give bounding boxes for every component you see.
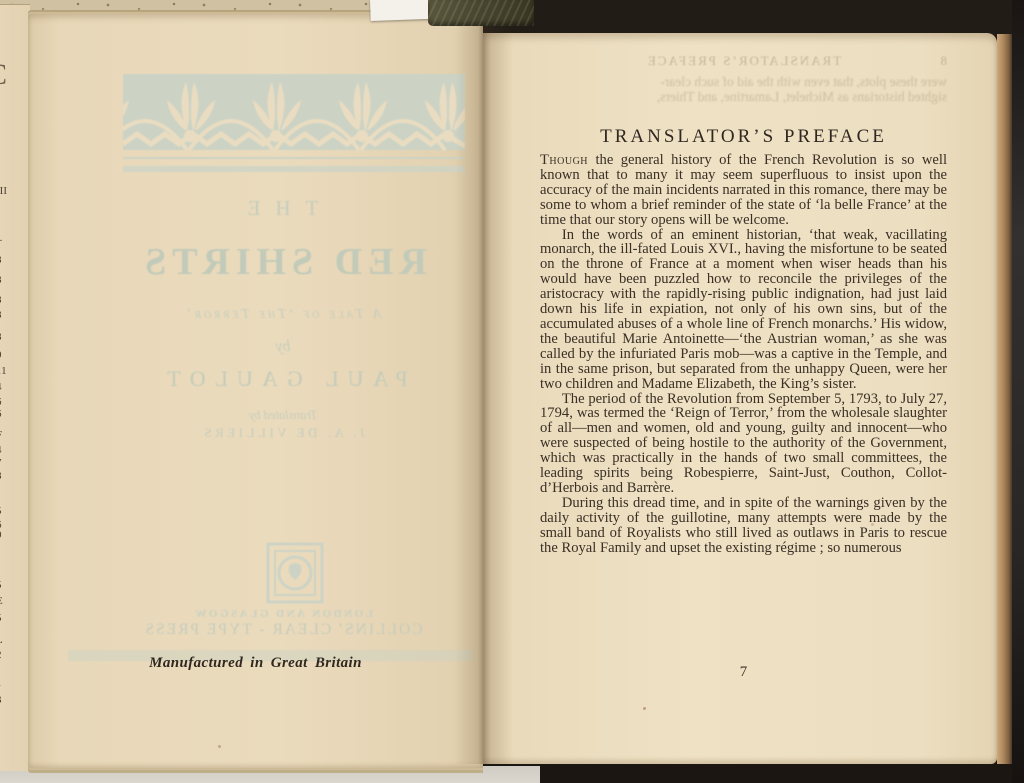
underlying-page-sliver: CIIII.88888011466F478.560.5E5L213 — [0, 4, 30, 771]
edge-fragment: 0 — [0, 530, 12, 541]
edge-fragment: 8 — [0, 255, 12, 266]
edge-fragment: L — [0, 635, 12, 646]
ghost-publisher-emblem — [266, 542, 324, 604]
ghost-translated-by: Translated by — [83, 408, 483, 423]
ghost-running-head: 8 TRANSLATOR’S PREFACE — [540, 53, 947, 69]
ghost-text-line: sighted historians as Michelet, Lamartin… — [540, 89, 947, 104]
edge-fragment: 8 — [0, 332, 12, 343]
edge-fragment: 1 — [0, 678, 12, 689]
paragraph-3: The period of the Revolution from Septem… — [540, 392, 947, 496]
edge-fragment: 0 — [0, 350, 12, 361]
edge-fragment: 2 — [0, 650, 12, 661]
right-page: 8 TRANSLATOR’S PREFACE were these plots,… — [483, 33, 997, 764]
edge-fragment: . — [0, 565, 12, 576]
edge-fragment: 5 — [0, 506, 12, 517]
edge-fragment: 4 — [0, 445, 12, 456]
manufactured-note: Manufactured in Great Britain — [28, 655, 483, 672]
ghost-page-number: 8 — [917, 53, 947, 69]
preface-body: Though the general history of the French… — [540, 153, 947, 555]
paragraph-4: During this dread time, and in spite of … — [540, 496, 947, 556]
paragraph-1-text: the general history of the French Revolu… — [540, 152, 947, 228]
ghost-subtitle: A Tale of ‘The Terror’ — [83, 307, 483, 323]
lead-word: Though — [540, 152, 588, 168]
ghost-title-page: THE RED SHIRTS A Tale of ‘The Terror’ by… — [83, 14, 483, 714]
edge-fragment: 8 — [0, 471, 12, 482]
ghost-text-lines: were these plots, that even with the aid… — [540, 74, 947, 104]
paper-slip-edge — [370, 0, 437, 21]
ghost-running-title: TRANSLATOR’S PREFACE — [570, 53, 917, 69]
edge-fragment: 4 — [0, 382, 12, 393]
edge-fragment: 8 — [0, 310, 12, 321]
ghost-the: THE — [83, 196, 483, 221]
edge-fragment: 5 — [0, 613, 12, 624]
edge-fragment: I. — [0, 233, 12, 244]
edge-fragment: 6 — [0, 409, 12, 420]
ghost-imprint-press: COLLINS’ CLEAR - TYPE PRESS — [83, 621, 483, 639]
edge-fragment: 3 — [0, 695, 12, 706]
cloth-texture — [428, 0, 534, 26]
edge-fragment: E — [0, 596, 12, 607]
edge-fragment: 11 — [0, 366, 12, 377]
page-stack-top-edge — [0, 0, 432, 15]
ghost-by: by — [83, 338, 483, 356]
table-surface — [0, 766, 540, 783]
paper-speck — [871, 523, 874, 526]
paragraph-2: In the words of an eminent historian, ‘t… — [540, 228, 947, 392]
photo-right-background — [1012, 0, 1024, 783]
paper-speck — [643, 707, 646, 710]
edge-fragment: C — [0, 60, 13, 90]
paragraph-1: Though the general history of the French… — [540, 153, 947, 228]
ghost-translator: J. A. DE VILLIERS — [83, 425, 483, 441]
page-block-fore-edge — [997, 34, 1012, 764]
book-cover-spine-edge — [428, 0, 534, 26]
edge-fragment: III — [0, 186, 12, 197]
ghost-text-line: were these plots, that even with the aid… — [540, 74, 947, 89]
ghost-book-title: RED SHIRTS — [83, 240, 483, 284]
edge-fragment: 5 — [0, 580, 12, 591]
left-page: THE RED SHIRTS A Tale of ‘The Terror’ by… — [28, 14, 483, 768]
edge-fragment: 6 — [0, 397, 12, 408]
edge-fragment: . — [0, 492, 12, 503]
edge-fragment: 7 — [0, 458, 12, 469]
edge-fragment: F — [0, 430, 12, 441]
ghost-spacer — [540, 53, 570, 69]
edge-fragment: 8 — [0, 295, 12, 306]
preface-title: TRANSLATOR’S PREFACE — [540, 126, 947, 148]
edge-fragment: 8 — [0, 275, 12, 286]
page-number: 7 — [540, 664, 947, 681]
ghost-imprint-city: LONDON AND GLASGOW — [83, 608, 483, 620]
paper-speck — [218, 745, 221, 748]
ghost-author: PAUL GAULOT — [83, 366, 483, 392]
